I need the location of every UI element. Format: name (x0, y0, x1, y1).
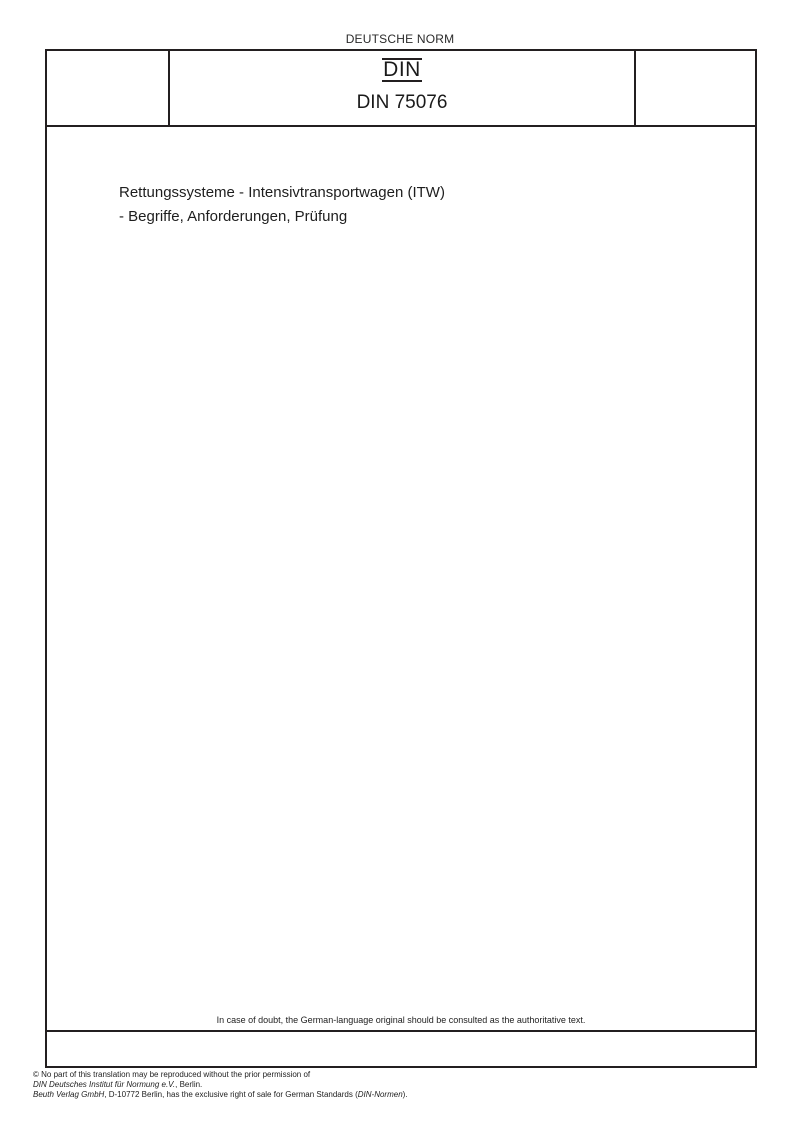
document-title: Rettungssysteme - Intensivtransportwagen… (119, 181, 445, 229)
copyright-line-1: © No part of this translation may be rep… (33, 1070, 408, 1080)
header-left-cell (47, 51, 170, 125)
header-center-cell: DIN DIN 75076 (170, 51, 634, 125)
copyright-line-2: DIN Deutsches Institut für Normung e.V.,… (33, 1080, 408, 1090)
header-right-cell (634, 51, 757, 125)
copyright-line-3: Beuth Verlag GmbH, D-10772 Berlin, has t… (33, 1090, 408, 1100)
cover-frame: DIN DIN 75076 Rettungssysteme - Intensiv… (45, 49, 757, 1068)
din-logo-text: DIN (382, 58, 422, 82)
header-row: DIN DIN 75076 (47, 51, 755, 127)
footer-divider (47, 1030, 755, 1032)
document-type-label: DEUTSCHE NORM (0, 32, 800, 46)
copyright-notice: © No part of this translation may be rep… (33, 1070, 408, 1100)
title-line-2: - Begriffe, Anforderungen, Prüfung (119, 205, 445, 229)
document-number: DIN 75076 (170, 92, 634, 114)
publisher-name: Beuth Verlag GmbH (33, 1090, 104, 1099)
authoritative-text-note: In case of doubt, the German-language or… (47, 1015, 755, 1025)
din-institute-name: DIN Deutsches Institut für Normung e.V. (33, 1080, 175, 1089)
title-line-1: Rettungssysteme - Intensivtransportwagen… (119, 181, 445, 205)
din-logo: DIN (170, 58, 634, 82)
